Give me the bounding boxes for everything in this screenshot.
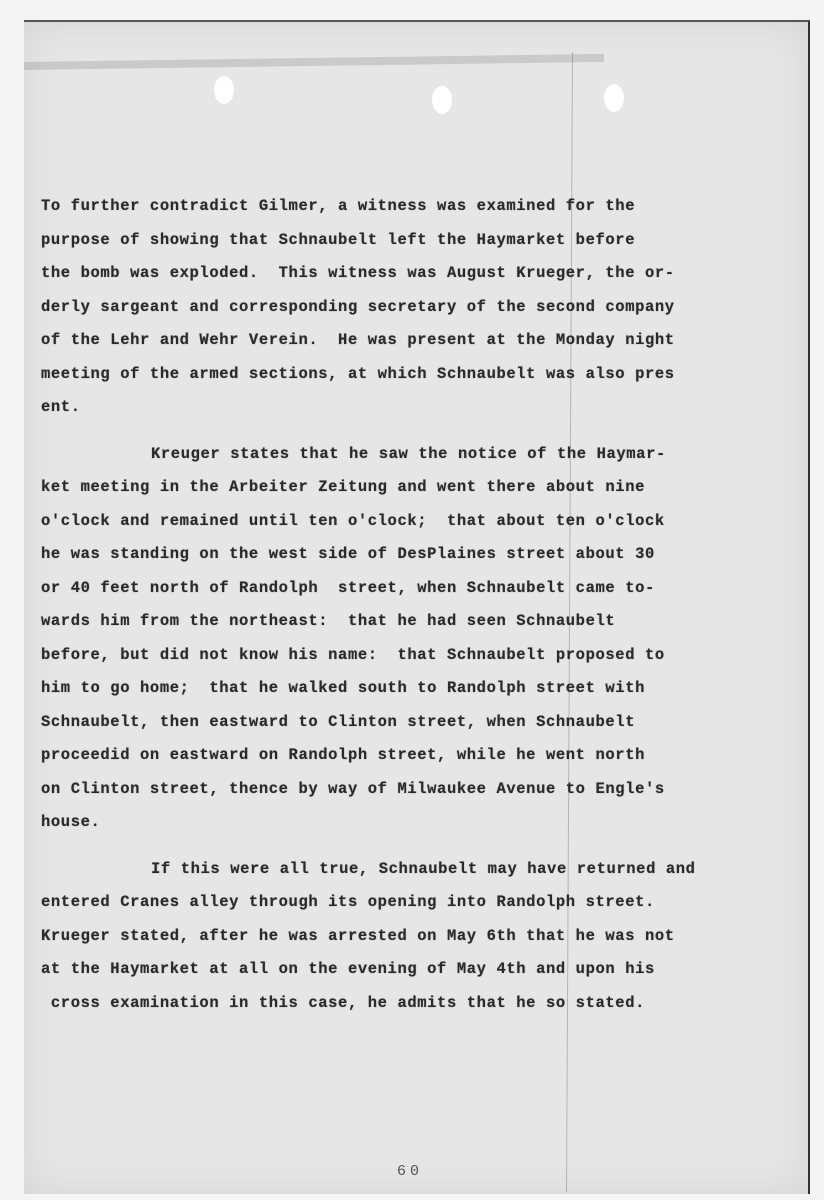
text-line: him to go home; that he walked south to …	[41, 672, 761, 706]
punch-hole	[214, 76, 234, 104]
text-line: meeting of the armed sections, at which …	[41, 358, 761, 392]
text-line: the bomb was exploded. This witness was …	[41, 257, 761, 291]
text-line: To further contradict Gilmer, a witness …	[41, 190, 761, 224]
text-line: or 40 feet north of Randolph street, whe…	[41, 572, 761, 606]
paragraph-gap	[41, 425, 761, 438]
text-line: he was standing on the west side of DesP…	[41, 538, 761, 572]
text-line: derly sargeant and corresponding secreta…	[41, 291, 761, 325]
text-line: of the Lehr and Wehr Verein. He was pres…	[41, 324, 761, 358]
text-line: before, but did not know his name: that …	[41, 639, 761, 673]
text-line: proceedid on eastward on Randolph street…	[41, 739, 761, 773]
text-line: at the Haymarket at all on the evening o…	[41, 953, 761, 987]
text-line: entered Cranes alley through its opening…	[41, 886, 761, 920]
paragraph-gap	[41, 840, 761, 853]
typed-text-body: To further contradict Gilmer, a witness …	[41, 190, 761, 1020]
paragraph-1: To further contradict Gilmer, a witness …	[41, 190, 761, 425]
paragraph-2: Kreuger states that he saw the notice of…	[41, 438, 761, 840]
text-line: purpose of showing that Schnaubelt left …	[41, 224, 761, 258]
text-line: wards him from the northeast: that he ha…	[41, 605, 761, 639]
text-line: o'clock and remained until ten o'clock; …	[41, 505, 761, 539]
binder-strip	[24, 54, 604, 70]
text-line: ent.	[41, 391, 761, 425]
text-line: ket meeting in the Arbeiter Zeitung and …	[41, 471, 761, 505]
text-line: on Clinton street, thence by way of Milw…	[41, 773, 761, 807]
page-number: 60	[397, 1163, 423, 1180]
punch-hole	[432, 86, 452, 114]
text-line: If this were all true, Schnaubelt may ha…	[41, 853, 761, 887]
text-line: Krueger stated, after he was arrested on…	[41, 920, 761, 954]
text-line: cross examination in this case, he admit…	[41, 987, 761, 1021]
text-line: Kreuger states that he saw the notice of…	[41, 438, 761, 472]
text-line: Schnaubelt, then eastward to Clinton str…	[41, 706, 761, 740]
punch-hole	[604, 84, 624, 112]
paragraph-3: If this were all true, Schnaubelt may ha…	[41, 853, 761, 1021]
text-line: house.	[41, 806, 761, 840]
